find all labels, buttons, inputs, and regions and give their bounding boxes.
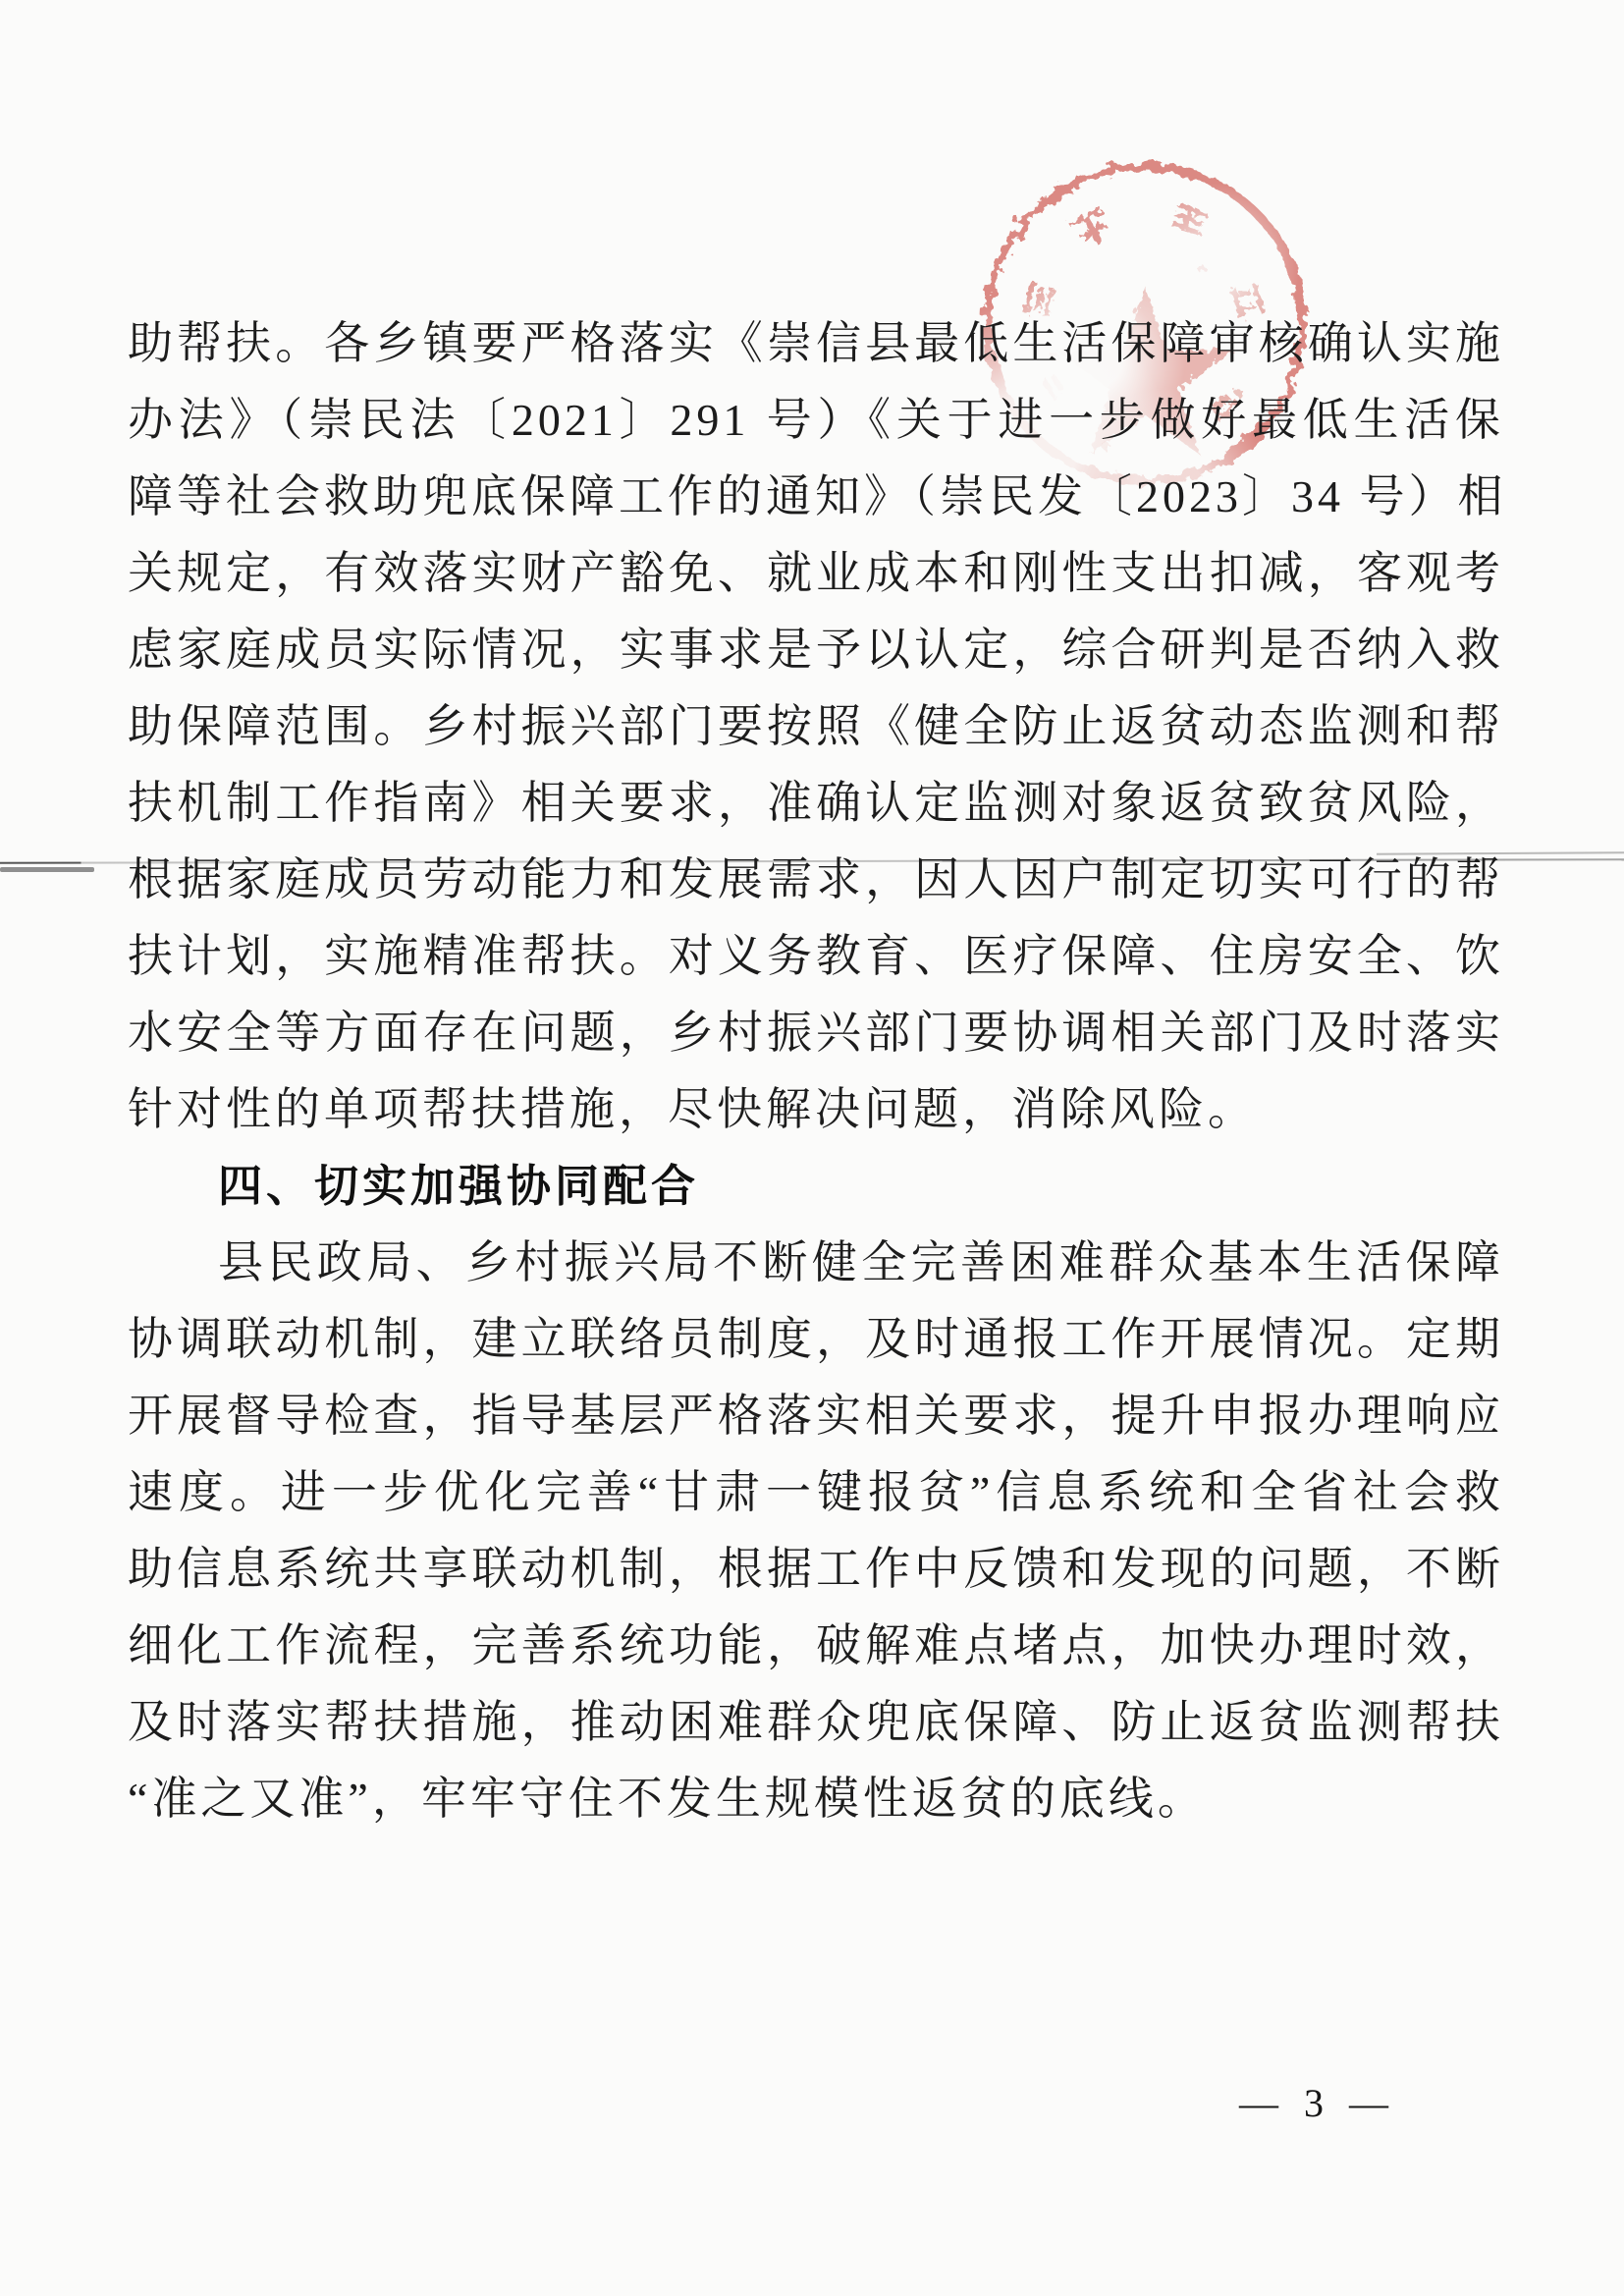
paragraph-1: 助帮扶。各乡镇要严格落实《崇信县最低生活保障审核确认实施办法》（崇民法〔2021…	[128, 305, 1504, 1148]
document-page: { "page": { "bg_color": "#fbfbfa", "numb…	[0, 0, 1624, 2296]
text-line: 障等社会救助兜底保障工作的通知》（崇民发〔2023〕34 号）相	[128, 459, 1504, 535]
text-line: 虑家庭成员实际情况，实事求是予以认定，综合研判是否纳入救	[128, 612, 1504, 688]
text-line: 扶机制工作指南》相关要求，准确认定监测对象返贫致贫风险，	[128, 765, 1504, 842]
text-line: 助信息系统共享联动机制，根据工作中反馈和发现的问题，不断	[128, 1531, 1504, 1608]
page-number: — 3 —	[1239, 2074, 1396, 2133]
paragraph-2: 县民政局、乡村振兴局不断健全完善困难群众基本生活保障协调联动机制，建立联络员制度…	[128, 1225, 1504, 1837]
text-line: 助保障范围。乡村振兴部门要按照《健全防止返贫动态监测和帮	[128, 688, 1504, 765]
section-heading: 四、切实加强协同配合	[128, 1148, 1504, 1225]
text-line: 扶计划，实施精准帮扶。对义务教育、医疗保障、住房安全、饮	[128, 918, 1504, 995]
text-line: 办法》（崇民法〔2021〕291 号）《关于进一步做好最低生活保	[128, 382, 1504, 459]
text-line: 速度。进一步优化完善“甘肃一键报贫”信息系统和全省社会救	[128, 1454, 1504, 1531]
text-line: 县民政局、乡村振兴局不断健全完善困难群众基本生活保障	[128, 1225, 1504, 1301]
scan-artifact-mark	[0, 867, 94, 872]
text-line: 针对性的单项帮扶措施，尽快解决问题，消除风险。	[128, 1071, 1504, 1148]
text-line: 水安全等方面存在问题，乡村振兴部门要协调相关部门及时落实	[128, 995, 1504, 1071]
text-line: 助帮扶。各乡镇要严格落实《崇信县最低生活保障审核确认实施	[128, 305, 1504, 382]
text-line: 细化工作流程，完善系统功能，破解难点堵点，加快办理时效，	[128, 1608, 1504, 1684]
text-line: 协调联动机制，建立联络员制度，及时通报工作开展情况。定期	[128, 1301, 1504, 1378]
text-line: 关规定，有效落实财产豁免、就业成本和刚性支出扣减，客观考	[128, 535, 1504, 612]
document-text-block: 助帮扶。各乡镇要严格落实《崇信县最低生活保障审核确认实施办法》（崇民法〔2021…	[128, 305, 1504, 1837]
text-line: 开展督导检查，指导基层严格落实相关要求，提升申报办理响应	[128, 1378, 1504, 1454]
text-line: 及时落实帮扶措施，推动困难群众兜底保障、防止返贫监测帮扶	[128, 1684, 1504, 1761]
text-line: 根据家庭成员劳动能力和发展需求，因人因户制定切实可行的帮	[128, 842, 1504, 918]
text-line: “准之又准”，牢牢守住不发生规模性返贫的底线。	[128, 1761, 1504, 1837]
